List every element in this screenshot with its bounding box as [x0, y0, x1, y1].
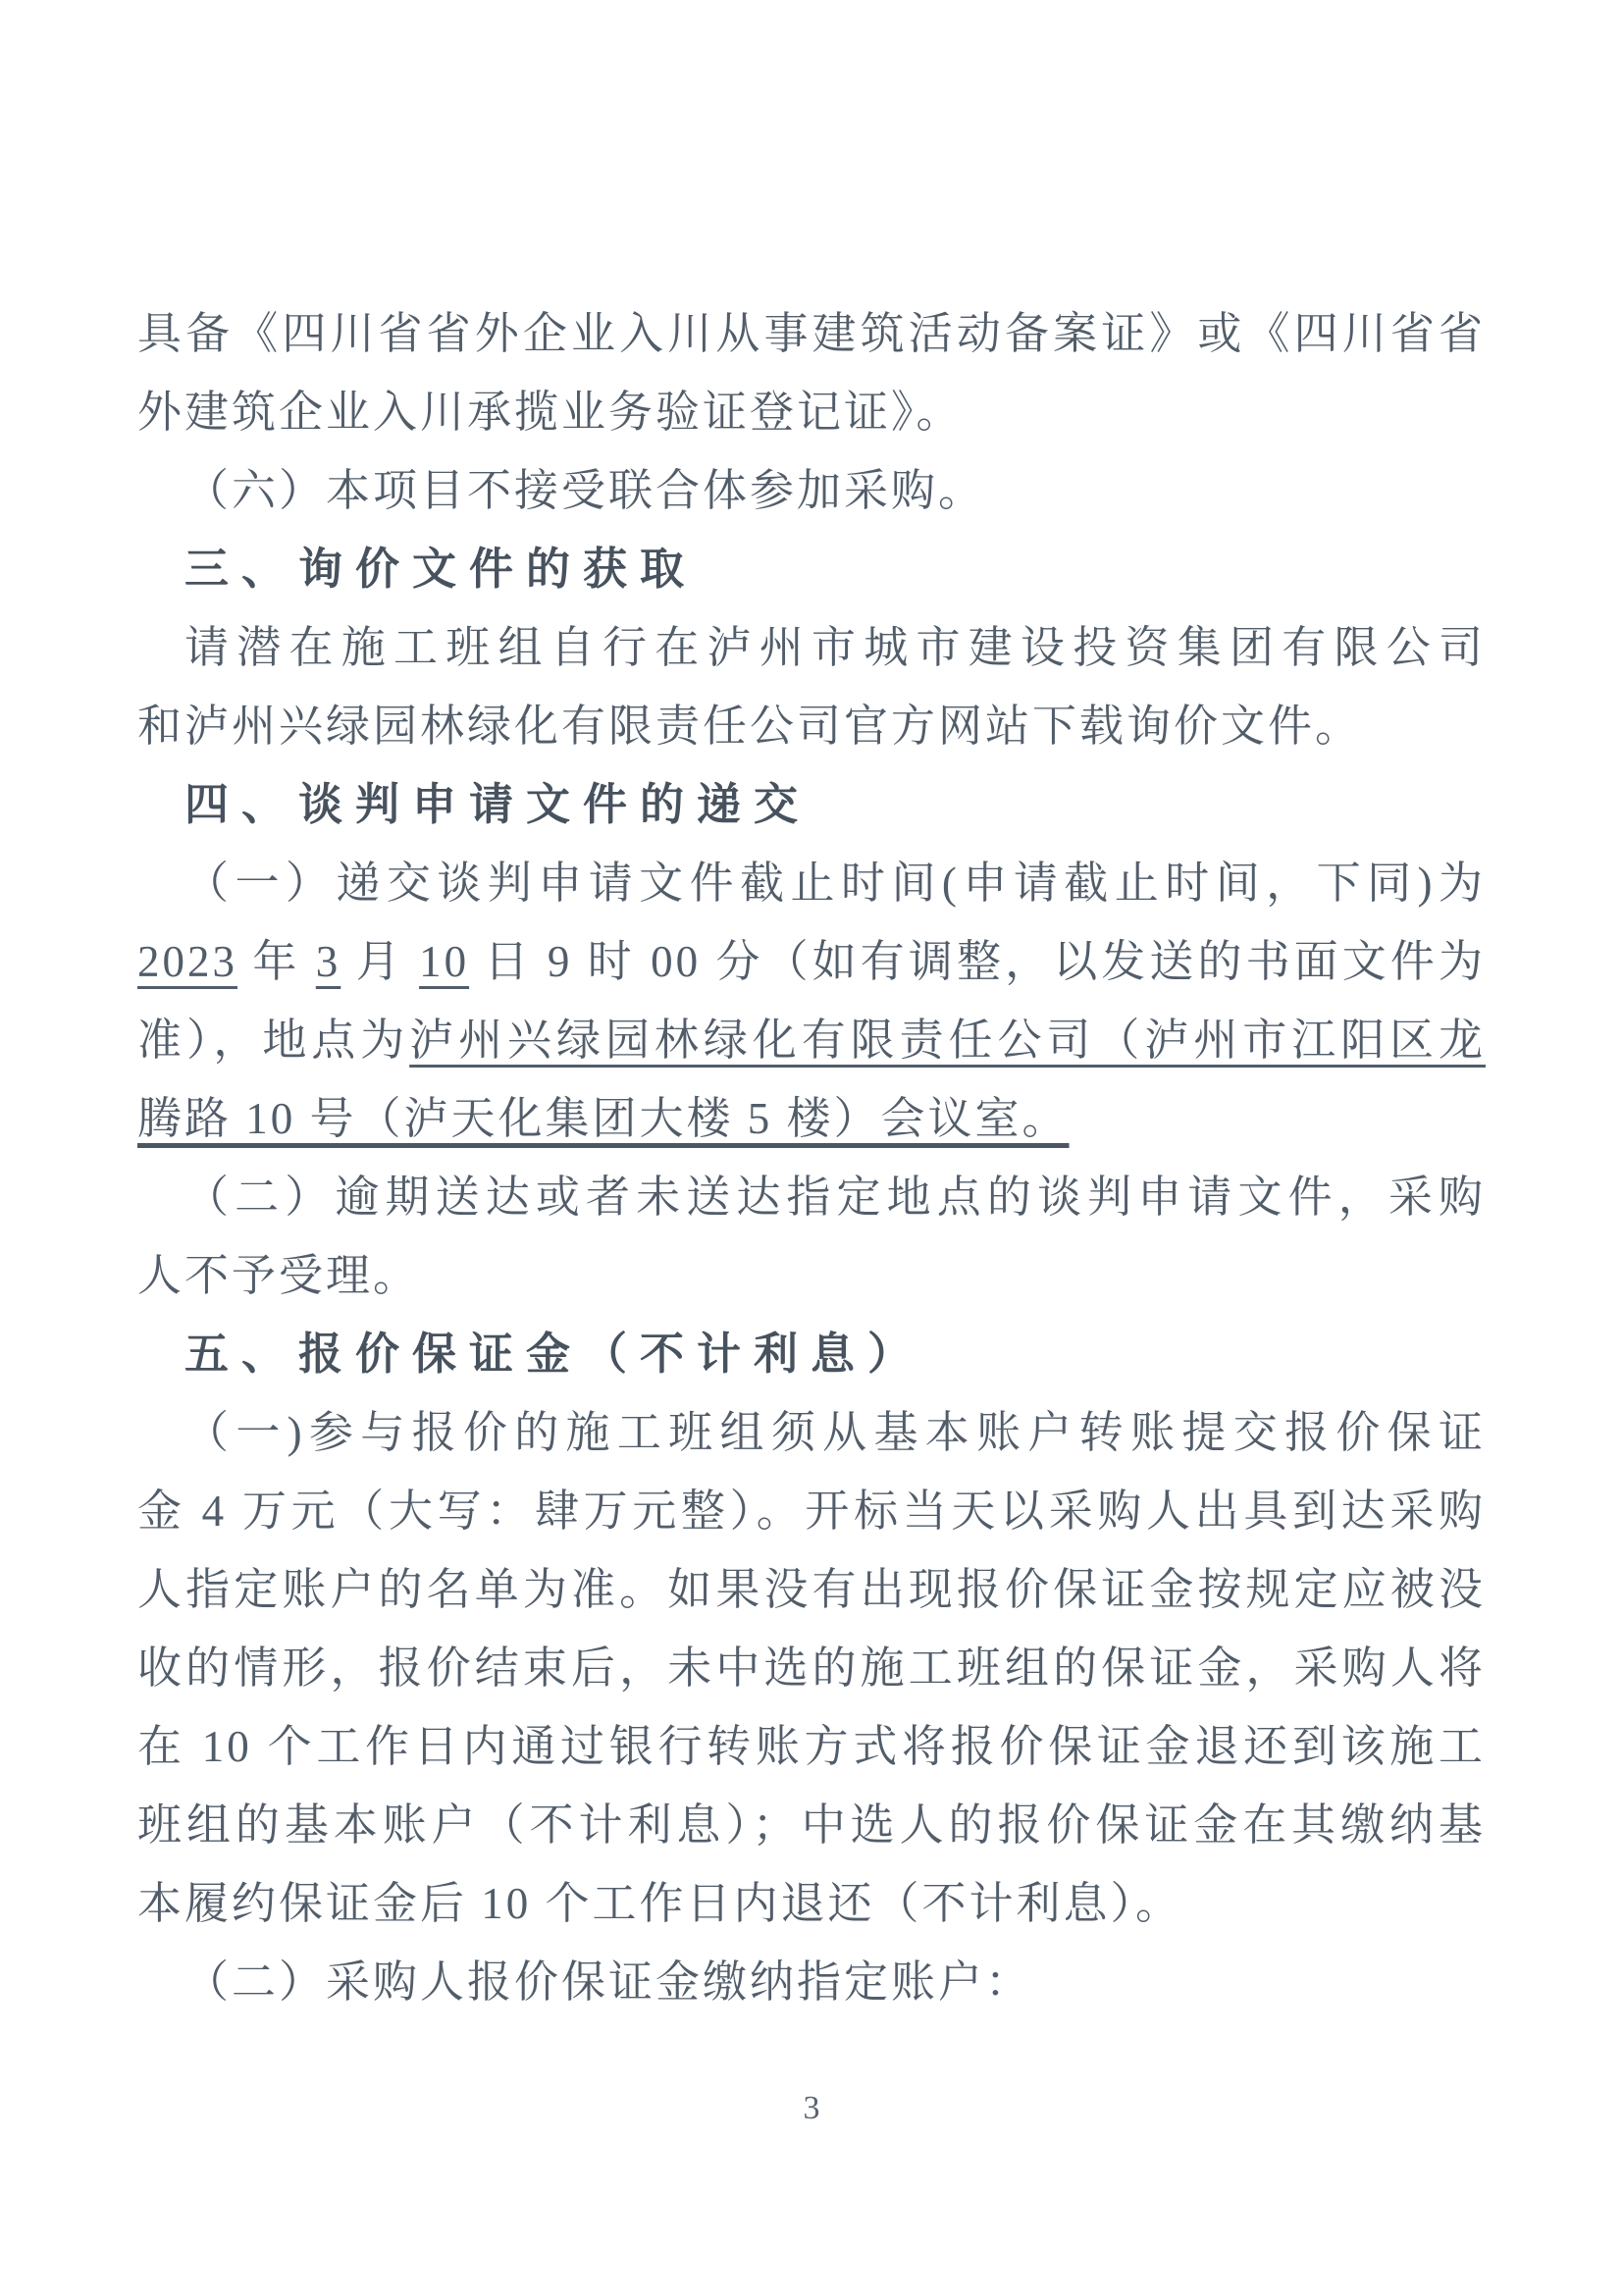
document-body: 具备《四川省省外企业入川从事建筑活动备案证》或《四川省省 外建筑企业入川承揽业务… — [137, 294, 1486, 2021]
para-deposit-line: 收的情形，报价结束后，未中选的施工班组的保证金，采购人将 — [137, 1629, 1486, 1707]
para-item-2-late-line: 人不予受理。 — [137, 1236, 1486, 1315]
para-deposit-line: 在 10 个工作日内通过银行转账方式将报价保证金退还到该施工 — [137, 1707, 1486, 1786]
section-heading-3: 三、询价文件的获取 — [137, 530, 1486, 608]
para-deposit-line: 本履约保证金后 10 个工作日内退还（不计利息）。 — [137, 1864, 1486, 1943]
para-deposit-line: 人指定账户的名单为准。如果没有出现报价保证金按规定应被没 — [137, 1550, 1486, 1629]
underlined-month: 3 — [316, 937, 341, 986]
para-item-6: （六）本项目不接受联合体参加采购。 — [137, 451, 1486, 530]
para-deposit-line: 金 4 万元（大写：肆万元整）。开标当天以采购人出具到达采购 — [137, 1472, 1486, 1550]
para-section3-line: 和泸州兴绿园林绿化有限责任公司官方网站下载询价文件。 — [137, 687, 1486, 765]
section-heading-5: 五、报价保证金（不计利息） — [137, 1315, 1486, 1393]
para-continuation-line: 外建筑企业入川承揽业务验证登记证》。 — [137, 373, 1486, 451]
para-item-1-deadline: （一）递交谈判申请文件截止时间(申请截止时间，下同)为 — [137, 844, 1486, 922]
page-number: 3 — [0, 2090, 1623, 2127]
para-location-line-2: 腾路 10 号（泸天化集团大楼 5 楼）会议室。 — [137, 1079, 1486, 1158]
para-item-2-late: （二）逾期送达或者未送达指定地点的谈判申请文件，采购 — [137, 1158, 1486, 1236]
document-page: 具备《四川省省外企业入川从事建筑活动备案证》或《四川省省 外建筑企业入川承揽业务… — [0, 0, 1623, 2296]
date-text: 日 9 时 00 分（如有调整，以发送的书面文件为 — [469, 937, 1486, 986]
underlined-location: 泸州兴绿园林绿化有限责任公司（泸州市江阳区龙 — [409, 1016, 1486, 1065]
section-heading-4: 四、谈判申请文件的递交 — [137, 765, 1486, 844]
para-continuation-line: 具备《四川省省外企业入川从事建筑活动备案证》或《四川省省 — [137, 294, 1486, 373]
date-text: 年 — [237, 937, 316, 986]
para-location-line: 准），地点为泸州兴绿园林绿化有限责任公司（泸州市江阳区龙 — [137, 1001, 1486, 1079]
para-section3-line: 请潜在施工班组自行在泸州市城市建设投资集团有限公司 — [137, 608, 1486, 687]
underlined-address: 腾路 10 号（泸天化集团大楼 5 楼）会议室。 — [137, 1094, 1070, 1143]
date-text: 月 — [340, 937, 419, 986]
underlined-year: 2023 — [137, 937, 237, 986]
para-deposit-line: （一)参与报价的施工班组须从基本账户转账提交报价保证 — [137, 1393, 1486, 1472]
para-item-2-account: （二）采购人报价保证金缴纳指定账户： — [137, 1943, 1486, 2021]
para-deadline-date-line: 2023 年 3 月 10 日 9 时 00 分（如有调整，以发送的书面文件为 — [137, 922, 1486, 1001]
location-prefix: 准），地点为 — [137, 1016, 409, 1065]
underlined-day: 10 — [419, 937, 469, 986]
para-deposit-line: 班组的基本账户（不计利息）；中选人的报价保证金在其缴纳基 — [137, 1786, 1486, 1864]
